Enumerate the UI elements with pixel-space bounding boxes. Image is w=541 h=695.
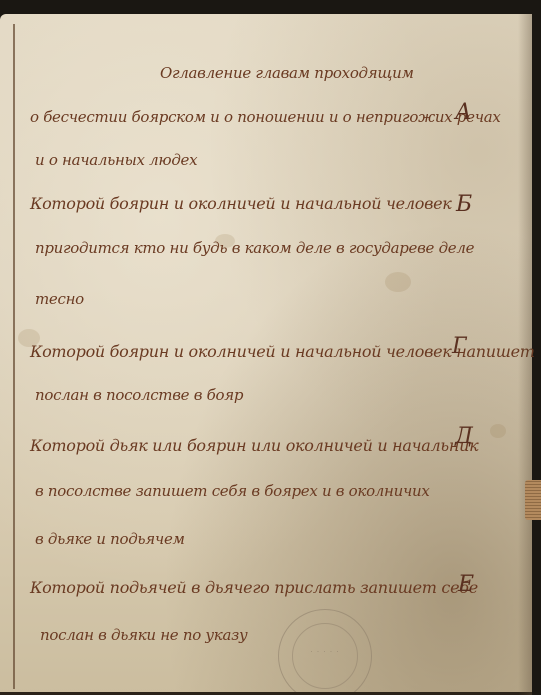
page-tab-marker (525, 480, 541, 520)
section-numeral-b: Б (456, 192, 472, 217)
text-line-5: тесно (35, 290, 84, 308)
stamp-text: · · · · · (279, 648, 371, 656)
margin-rule (13, 24, 15, 689)
title-line: Оглавление главам проходящим (160, 64, 414, 82)
section-numeral-e: Е (458, 572, 474, 597)
text-line-12: послан в дьяки не по указу (40, 626, 247, 644)
text-line-2: и о начальных людех (35, 151, 197, 169)
text-line-1: о бесчестии боярском и о поношении и о н… (30, 108, 501, 126)
text-line-11: Которой подьячей в дьячего прислать запи… (30, 578, 478, 597)
section-numeral-g: Г (452, 334, 467, 359)
text-line-10: в дьяке и подьячем (35, 530, 185, 548)
text-line-3: Которой боярин и околничей и начальной ч… (30, 194, 452, 213)
section-numeral-d: Д (455, 424, 473, 449)
text-line-9: в посолстве запишет себя в боярех и в ок… (35, 482, 430, 500)
text-line-7: послан в посолстве в бояр (35, 386, 243, 404)
library-stamp: · · · · · (278, 609, 372, 695)
section-numeral-a: А (455, 100, 472, 125)
text-line-8: Которой дьяк или боярин или околничей и … (30, 436, 478, 455)
manuscript-page: Оглавление главам проходящим о бесчестии… (0, 14, 532, 695)
text-line-4: пригодится кто ни будь в каком деле в го… (35, 239, 474, 257)
stain (490, 424, 506, 438)
stain (385, 272, 411, 292)
